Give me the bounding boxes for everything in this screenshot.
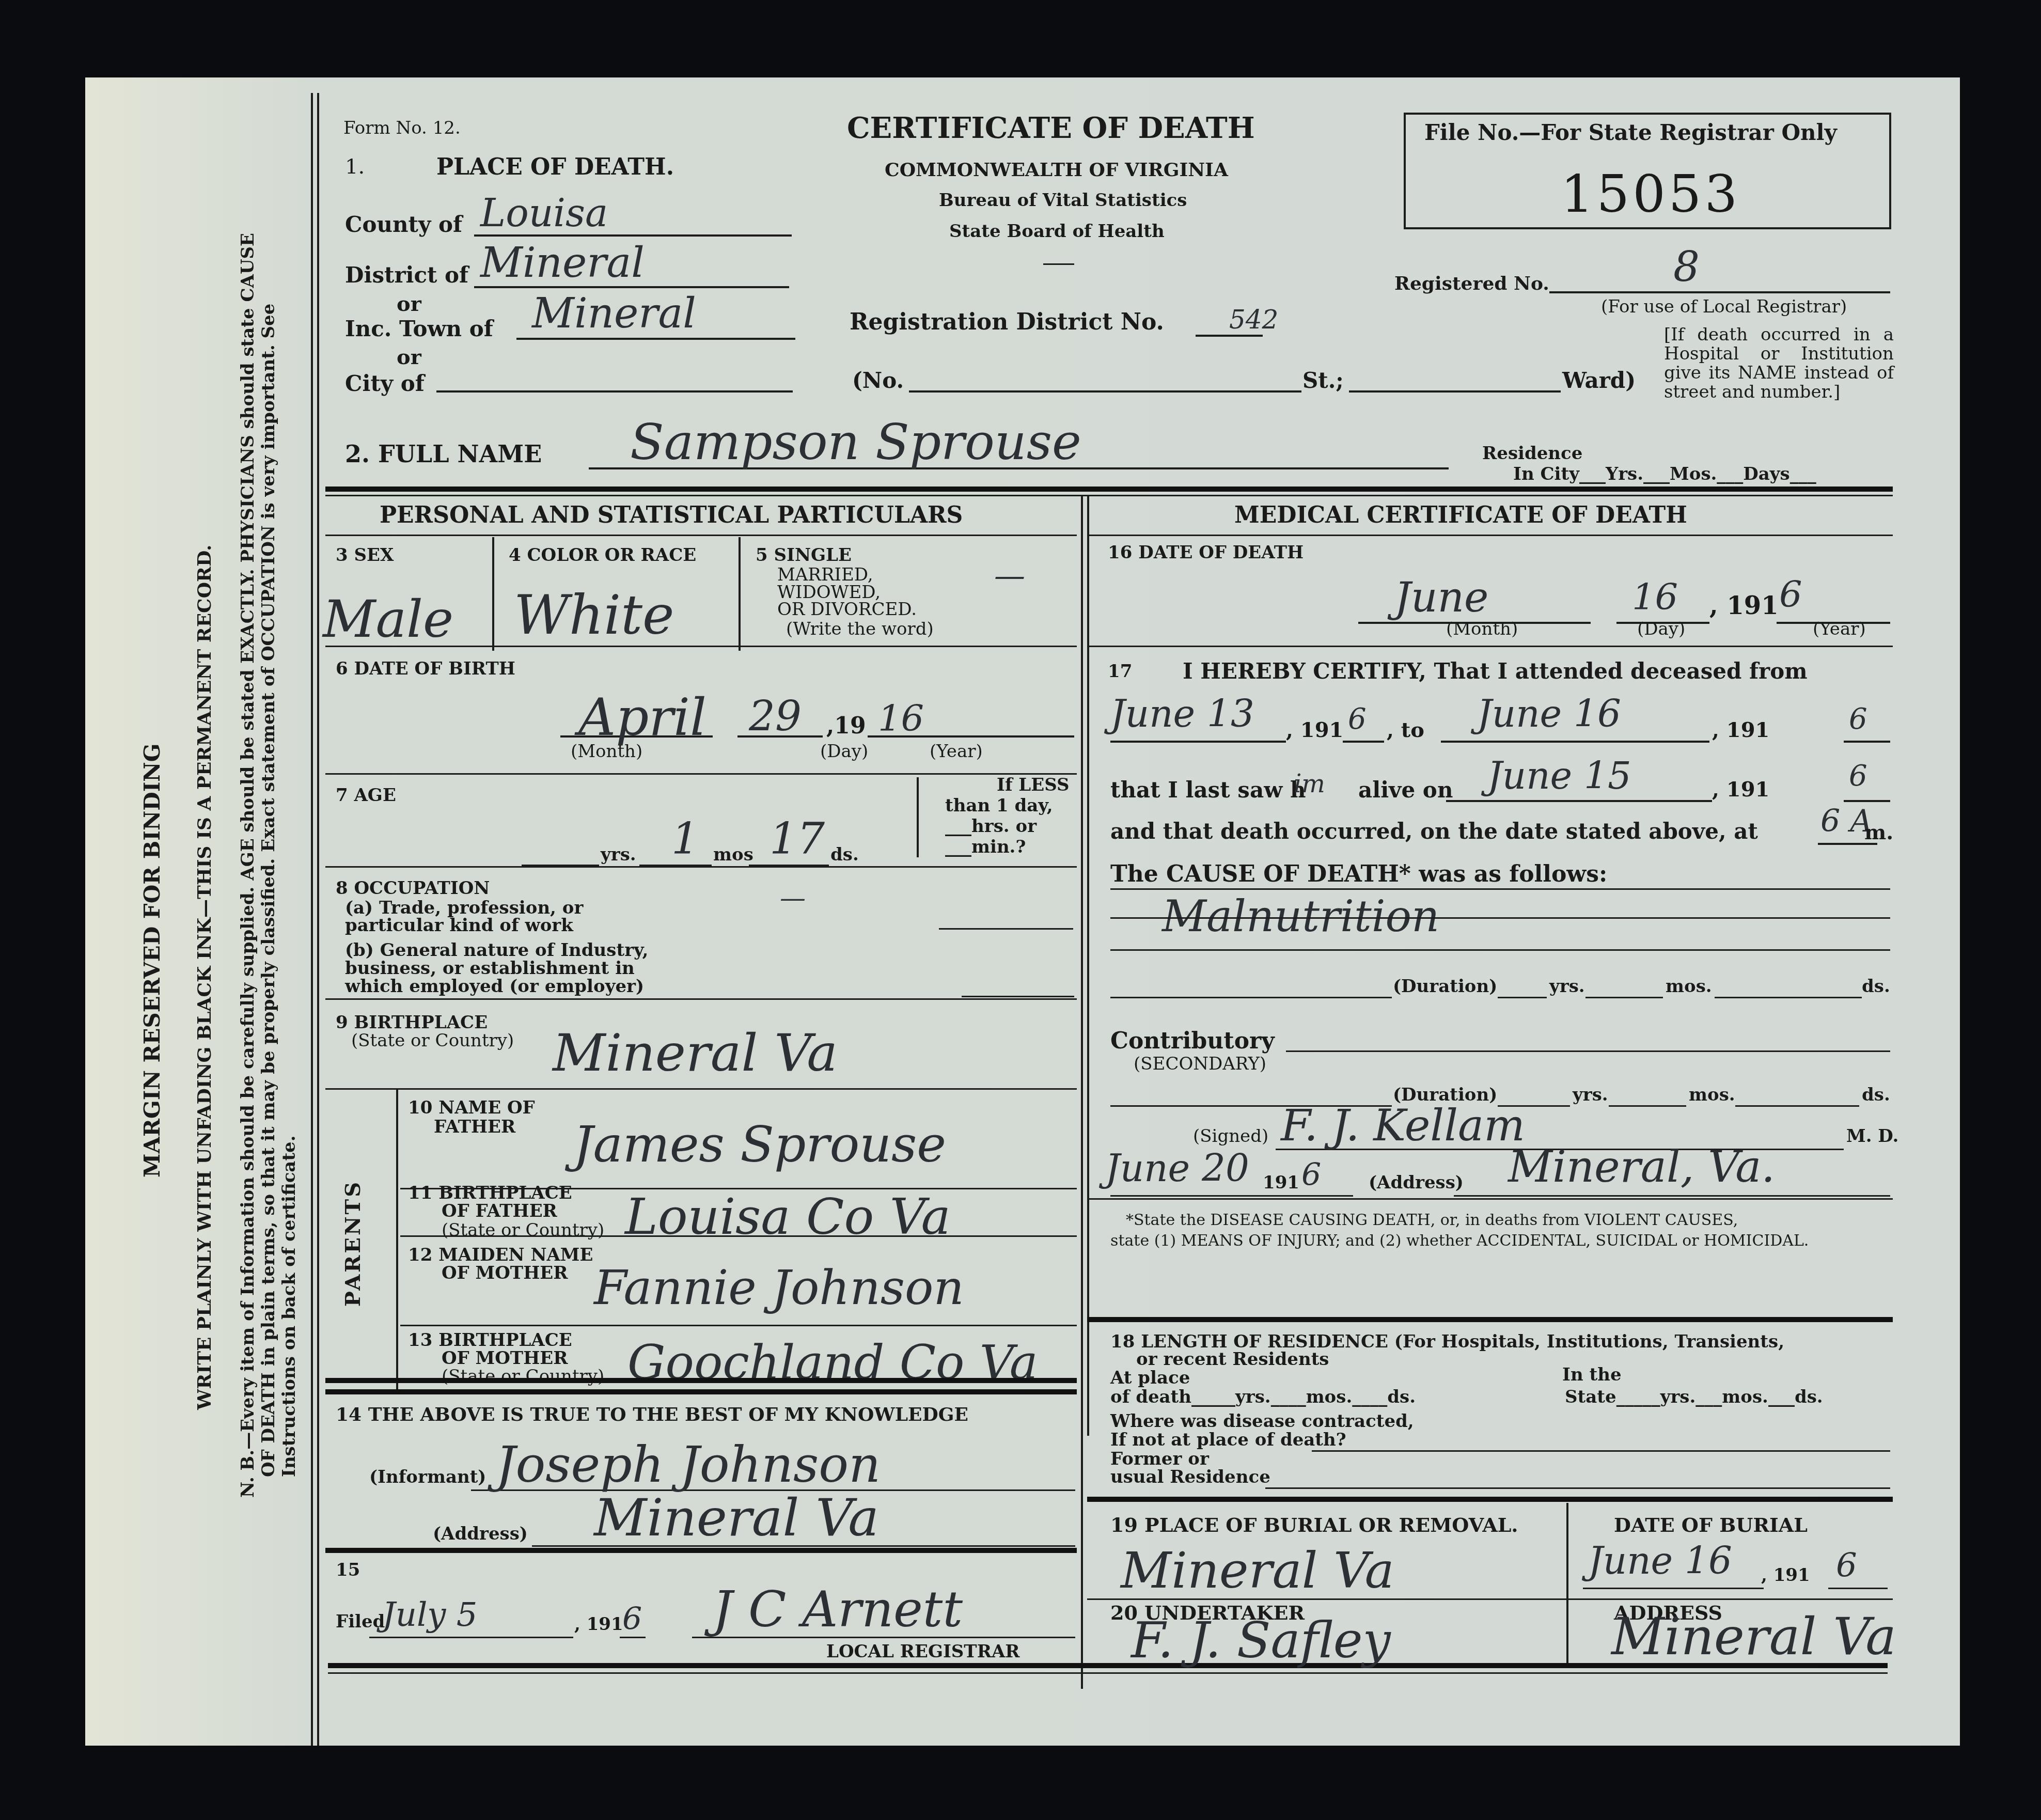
local-registrar-note: (For use of Local Registrar): [1601, 296, 1847, 317]
ward-label: Ward): [1562, 368, 1636, 393]
place-of-death-num: 1.: [345, 155, 365, 179]
filed-year-prefix: , 191: [574, 1614, 623, 1635]
in-state-line1: In the: [1562, 1364, 1622, 1385]
medical-heading-rule: [1087, 535, 1893, 536]
file-box-label: File No.—For State Registrar Only: [1424, 120, 1837, 145]
to-year-value: 6: [1849, 702, 1867, 736]
father-bp-line2: OF FATHER: [442, 1201, 557, 1221]
residence-top-rule: [1087, 1317, 1893, 1322]
certify-top-rule: [1087, 646, 1893, 647]
file-number-box: File No.—For State Registrar Only 15053: [1404, 113, 1891, 229]
signed-label: (Signed): [1193, 1126, 1268, 1147]
informant-label: (Informant): [369, 1467, 486, 1487]
father-bp-value: Louisa Co Va: [625, 1188, 951, 1246]
margin-ink-text: WRITE PLAINLY WITH UNFADING BLACK INK—TH…: [194, 544, 215, 1410]
marital-label-1: 5 SINGLE: [756, 545, 852, 566]
mother-label-1: 12 MAIDEN NAME: [408, 1245, 593, 1265]
parents-divider: [396, 1090, 398, 1389]
dob-year-value: 16: [878, 697, 924, 740]
margin-nb-line1: N. B.—Every item of Information should b…: [238, 233, 258, 1498]
birthplace-value: Mineral Va: [553, 1023, 838, 1083]
duration-1-ds-label: ds.: [1862, 976, 1890, 997]
race-label: 4 COLOR OR RACE: [509, 545, 696, 566]
age-label: 7 AGE: [336, 785, 396, 806]
dob-month-value: April: [578, 687, 706, 747]
contracted-line2: If not at place of death?: [1110, 1430, 1346, 1450]
burial-top-rule: [1087, 1497, 1893, 1502]
informant-heading: 14 THE ABOVE IS TRUE TO THE BEST OF MY K…: [336, 1404, 968, 1425]
occupation-top-rule: [325, 866, 1077, 868]
full-name-label: 2. FULL NAME: [345, 440, 542, 468]
dod-year-prefix: , 191: [1709, 591, 1779, 620]
md-label: M. D.: [1846, 1126, 1898, 1147]
dob-month-caption: (Month): [571, 741, 642, 762]
footnote-line2: state (1) MEANS OF INJURY; and (2) wheth…: [1110, 1232, 1809, 1250]
residence-in-city: In City___Yrs.___Mos.___Days___: [1513, 464, 1816, 484]
less-than-line4: ___min.?: [945, 837, 1026, 857]
birthplace-top-rule: [325, 998, 1077, 1000]
medical-address-value: Mineral, Va.: [1508, 1141, 1775, 1192]
hospital-note: [If death occurred in a Hospital or Inst…: [1664, 325, 1894, 402]
dob-top-rule: [325, 646, 1077, 647]
town-value: Mineral: [532, 289, 696, 337]
informant-value: Joseph Johnson: [496, 1436, 881, 1494]
undertaker-value: F. J. Safley: [1131, 1611, 1391, 1669]
birthplace-label: 9 BIRTHPLACE: [336, 1012, 488, 1033]
occupation-b-line1: (b) General nature of Industry,: [345, 940, 648, 961]
sex-value: Male: [323, 589, 453, 649]
occupation-a-line2: particular kind of work: [345, 915, 573, 936]
registrar-signature: J C Arnett: [713, 1580, 963, 1638]
cause-line-2[interactable]: [1110, 917, 1890, 919]
mother-rule: [400, 1235, 1077, 1237]
duration-1-mos[interactable]: [1585, 976, 1663, 998]
margin-nb-line2: OF DEATH in plain terms, so that it may …: [258, 304, 279, 1477]
dob-year-prefix: ,19: [826, 713, 866, 739]
last-saw-year-prefix: , 191: [1712, 777, 1769, 802]
sex-label: 3 SEX: [336, 545, 394, 566]
occupation-b-field[interactable]: [962, 976, 1074, 997]
former-line1: Former or: [1110, 1449, 1209, 1469]
county-label: County of: [345, 212, 462, 237]
duration-1-label: (Duration): [1393, 976, 1497, 997]
former-line2: usual Residence: [1110, 1467, 1270, 1487]
burial-date-label: DATE OF BURIAL: [1614, 1513, 1808, 1536]
contributory-field[interactable]: [1286, 1028, 1890, 1052]
dob-year-caption: (Year): [930, 741, 983, 762]
occupation-a-field[interactable]: [939, 891, 1073, 930]
bureau-label: Bureau of Vital Statistics: [939, 190, 1187, 211]
district-label: District of: [345, 262, 468, 288]
dod-day-value: 16: [1632, 576, 1678, 618]
title-divider: [1043, 263, 1074, 265]
registered-no-value: 8: [1673, 243, 1700, 291]
parents-top-rule: [325, 1088, 1077, 1090]
last-saw-date-value: June 15: [1487, 754, 1631, 797]
place-of-death-heading: PLACE OF DEATH.: [436, 154, 674, 180]
dob-day-value: 29: [749, 692, 802, 740]
occurred-label: and that death occurred, on the date sta…: [1110, 819, 1758, 844]
mother-value: Fannie Johnson: [594, 1260, 964, 1315]
burial-place-value: Mineral Va: [1121, 1542, 1394, 1599]
duration-1-field[interactable]: [1110, 976, 1392, 998]
filing-num: 15: [336, 1560, 360, 1580]
to-label: , to: [1387, 718, 1424, 742]
registered-no-label: Registered No.: [1394, 273, 1549, 294]
medical-heading: MEDICAL CERTIFICATE OF DEATH: [1234, 502, 1687, 528]
undertaker-address-value: Mineral Va: [1611, 1606, 1896, 1667]
dod-day-caption: (Day): [1637, 619, 1685, 639]
certify-num: 17: [1108, 661, 1132, 682]
age-top-rule: [325, 773, 1077, 775]
street-no-field[interactable]: [909, 368, 1301, 393]
binding-rule-2: [317, 93, 319, 1746]
cause-value: Malnutrition: [1162, 891, 1439, 942]
registration-district-value: 542: [1229, 305, 1278, 335]
age-mos-label: mos: [713, 844, 753, 865]
occupation-a-value: —: [780, 883, 806, 913]
marital-label-4: OR DIVORCED.: [777, 599, 917, 620]
less-than-line1: If LESS: [997, 775, 1070, 795]
occupation-b-line2: business, or establishment in: [345, 958, 635, 979]
last-saw-label: that I last saw h: [1110, 777, 1306, 803]
form-number: Form No. 12.: [343, 118, 461, 138]
mother-bp-line2: OF MOTHER: [442, 1348, 568, 1369]
father-label-2: FATHER: [434, 1117, 515, 1137]
father-value: James Sprouse: [573, 1116, 946, 1173]
dob-day-caption: (Day): [820, 741, 868, 762]
race-marital-divider: [739, 537, 741, 651]
signed-value: F. J. Kellam: [1281, 1100, 1525, 1151]
birthplace-sub: (State or Country): [351, 1030, 514, 1051]
contributory-label: Contributory: [1110, 1028, 1275, 1054]
top-separator: [325, 487, 1893, 492]
age-yrs-field[interactable]: [522, 842, 599, 867]
marital-label-5: (Write the word): [786, 619, 934, 639]
burial-divider: [1566, 1503, 1568, 1663]
alive-on-label: alive on: [1358, 777, 1453, 803]
street-no-label: (No.: [852, 368, 904, 393]
occupation-label: 8 OCCUPATION: [336, 878, 490, 899]
in-state-line2: State_____yrs.___mos.___ds.: [1565, 1387, 1823, 1407]
less-than-line3: ___hrs. or: [945, 816, 1037, 837]
local-registrar-label: LOCAL REGISTRAR: [826, 1641, 1020, 1662]
burial-year-prefix: , 191: [1761, 1565, 1810, 1586]
city-label: City of: [345, 371, 425, 396]
duration-1-yrs-label: yrs.: [1549, 976, 1585, 997]
commonwealth-label: COMMONWEALTH OF VIRGINIA: [885, 159, 1228, 181]
margin-binding-text: MARGIN RESERVED FOR BINDING: [139, 743, 165, 1178]
sign-date-value: June 20: [1105, 1147, 1249, 1190]
filed-date-value: July 5: [382, 1596, 478, 1634]
center-divider-1: [1081, 496, 1083, 1689]
informant-address-value: Mineral Va: [594, 1487, 879, 1548]
top-separator-thin: [325, 495, 1893, 496]
cause-line-1[interactable]: [1110, 888, 1890, 890]
sign-year-value: 6: [1301, 1157, 1321, 1193]
certificate-title: CERTIFICATE OF DEATH: [847, 111, 1255, 145]
street-label: St.;: [1302, 368, 1344, 393]
father-label-1: 10 NAME OF: [408, 1097, 535, 1118]
residence-length-heading-2: or recent Residents: [1136, 1349, 1329, 1370]
registered-no-field[interactable]: [1549, 269, 1890, 293]
or-label-1: or: [397, 292, 421, 316]
personal-heading: PERSONAL AND STATISTICAL PARTICULARS: [380, 502, 963, 528]
father-bp-line1: 11 BIRTHPLACE: [408, 1183, 572, 1203]
cause-line-3[interactable]: [1110, 949, 1890, 951]
father-bp-line3: (State or Country): [442, 1220, 604, 1241]
age-ds-value: 17: [770, 813, 825, 864]
from-year-prefix: , 191: [1286, 718, 1343, 742]
last-saw-year-value: 6: [1849, 759, 1867, 793]
sex-race-divider: [492, 537, 494, 651]
registration-district-label: Registration District No.: [850, 309, 1164, 335]
informant-top-rule-2: [325, 1389, 1077, 1394]
at-place-line2: of death_____yrs.____mos.____ds.: [1110, 1387, 1416, 1407]
time-suffix: m.: [1864, 820, 1893, 844]
footnote-line1: *State the DISEASE CAUSING DEATH, or, in…: [1126, 1211, 1738, 1229]
race-value: White: [514, 584, 674, 647]
file-number: 15053: [1561, 164, 1740, 224]
mother-bp-rule: [400, 1325, 1077, 1326]
burial-place-label: 19 PLACE OF BURIAL OR REMOVAL.: [1110, 1513, 1518, 1536]
or-label-2: or: [397, 345, 421, 369]
dob-label: 6 DATE OF BIRTH: [336, 658, 515, 679]
secondary-label: (SECONDARY): [1134, 1054, 1266, 1074]
margin-nb-line3: Instructions on back of certificate.: [279, 1135, 300, 1477]
filing-top-rule: [325, 1548, 1077, 1553]
filed-year-value: 6: [622, 1601, 642, 1637]
informant-top-rule-1: [325, 1378, 1077, 1383]
sign-year-prefix: 191: [1263, 1172, 1299, 1193]
parents-label: PARENTS: [341, 1180, 365, 1307]
age-mos-value: 1: [671, 813, 699, 864]
last-saw-pronoun: im: [1294, 770, 1325, 798]
dod-year-caption: (Year): [1813, 619, 1866, 639]
mother-label-2: OF MOTHER: [442, 1263, 568, 1283]
district-value: Mineral: [480, 239, 645, 287]
mother-bp-line3: (State or Country): [442, 1366, 604, 1387]
ward-field[interactable]: [1349, 368, 1561, 393]
duration-1-ds[interactable]: [1715, 976, 1862, 998]
footnote-top-rule: [1087, 1198, 1893, 1200]
bottom-rule-2: [328, 1672, 1888, 1674]
attended-to-value: June 16: [1477, 692, 1621, 735]
duration-2-mos-label: mos.: [1689, 1085, 1735, 1105]
informant-address-label: (Address): [433, 1524, 528, 1544]
duration-2-ds[interactable]: [1735, 1085, 1859, 1107]
burial-date-value: June 16: [1588, 1539, 1732, 1582]
contracted-line1: Where was disease contracted,: [1110, 1411, 1414, 1432]
contracted-field[interactable]: [1312, 1430, 1890, 1452]
dod-year-value: 6: [1779, 573, 1802, 616]
age-yrs-label: yrs.: [601, 844, 636, 865]
duration-1-mos-label: mos.: [1666, 976, 1712, 997]
attended-from-value: June 13: [1110, 692, 1254, 735]
duration-2-yrs-label: yrs.: [1573, 1085, 1608, 1105]
mother-bp-line1: 13 BIRTHPLACE: [408, 1330, 572, 1351]
at-place-line1: At place: [1110, 1368, 1190, 1388]
board-label: State Board of Health: [949, 221, 1165, 242]
less-than-line2: than 1 day,: [945, 795, 1053, 816]
certify-text: I HEREBY CERTIFY, That I attended deceas…: [1183, 658, 1808, 684]
dod-label: 16 DATE OF DEATH: [1108, 542, 1304, 563]
duration-2-ds-label: ds.: [1862, 1085, 1890, 1105]
age-less-divider: [917, 777, 919, 857]
undertaker-top-rule: [1087, 1598, 1893, 1600]
burial-year-value: 6: [1836, 1547, 1857, 1585]
city-field[interactable]: [436, 368, 793, 393]
personal-heading-rule: [325, 535, 1077, 536]
center-divider-2: [1087, 496, 1089, 1436]
full-name-value: Sampson Sprouse: [630, 413, 1081, 471]
duration-1-yrs[interactable]: [1498, 976, 1547, 998]
duration-2-mos[interactable]: [1609, 1085, 1686, 1107]
dod-month-value: June: [1394, 573, 1488, 621]
marital-value: —: [994, 558, 1025, 594]
residence-label: Residence: [1482, 443, 1582, 464]
binding-rule-1: [311, 93, 313, 1746]
former-field[interactable]: [1265, 1467, 1890, 1489]
from-year-value: 6: [1348, 702, 1367, 736]
age-ds-label: ds.: [830, 844, 859, 865]
to-year-prefix: , 191: [1712, 718, 1769, 742]
occupation-b-line3: which employed (or employer): [345, 976, 644, 997]
cause-label: The CAUSE OF DEATH* was as follows:: [1110, 861, 1607, 887]
county-value: Louisa: [480, 191, 608, 236]
dod-month-caption: (Month): [1446, 619, 1518, 639]
medical-address-label: (Address): [1369, 1172, 1464, 1193]
town-label: Inc. Town of: [345, 316, 493, 341]
